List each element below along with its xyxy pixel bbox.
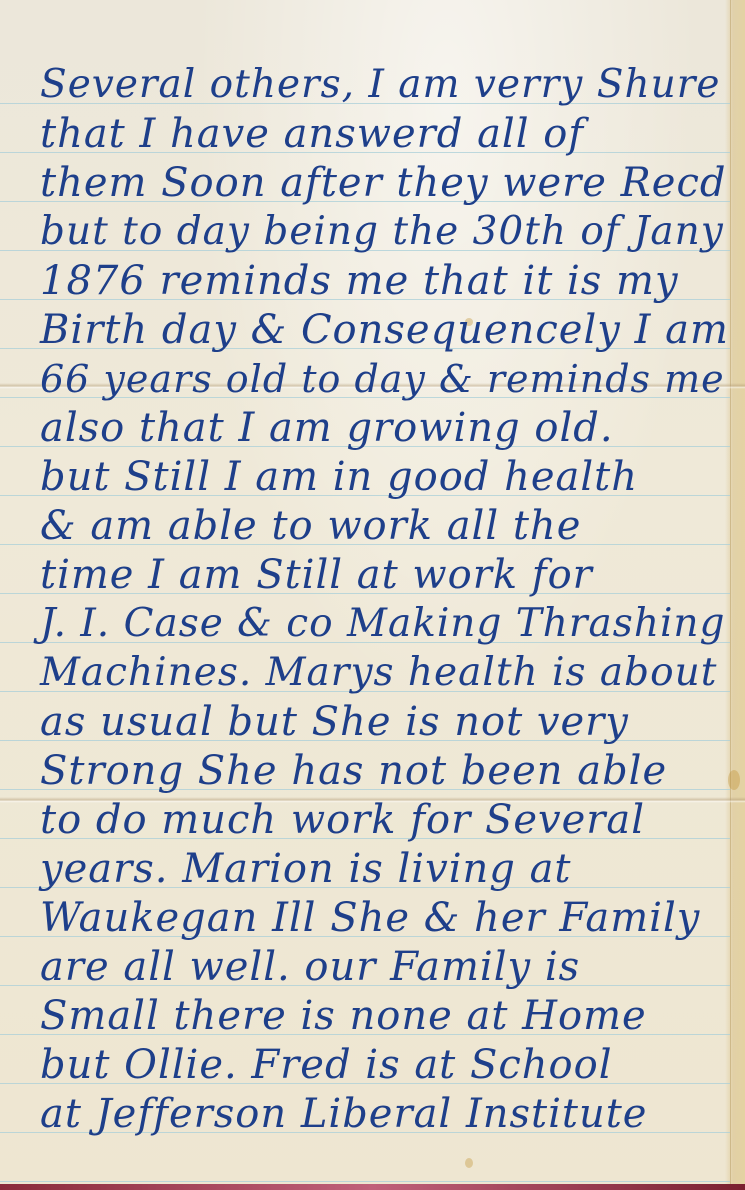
letter-line: but Ollie. Fred is at School: [40, 1042, 730, 1088]
letter-page: Several others, I am verry Shure that I …: [0, 0, 745, 1190]
letter-line: them Soon after they were Recd: [40, 160, 730, 206]
background-strip: [0, 1184, 745, 1190]
letter-line: Strong She has not been able: [40, 748, 730, 794]
letter-line: but to day being the 30th of Jany: [40, 209, 730, 255]
paper-edge-line: [730, 0, 731, 1190]
letter-line: are all well. our Family is: [40, 944, 730, 990]
letter-line: Small there is none at Home: [40, 993, 730, 1039]
letter-line: years. Marion is living at: [40, 846, 730, 892]
letter-line: Several others, I am verry Shure: [40, 62, 730, 108]
letter-line: 1876 reminds me that it is my: [40, 258, 730, 304]
letter-line: but Still I am in good health: [40, 454, 730, 500]
letter-line: at Jefferson Liberal Institute: [40, 1091, 730, 1137]
letter-line: Birth day & Consequencely I am: [40, 307, 730, 353]
letter-line: 66 years old to day & reminds me: [40, 356, 730, 402]
letter-line: Machines. Marys health is about: [40, 650, 730, 696]
letter-line: to do much work for Several: [40, 797, 730, 843]
letter-line: J. I. Case & co Making Thrashing: [40, 601, 730, 647]
letter-line: & am able to work all the: [40, 503, 730, 549]
letter-line: Waukegan Ill She & her Family: [40, 895, 730, 941]
letter-line: time I am Still at work for: [40, 552, 730, 598]
letter-line: that I have answerd all of: [40, 111, 730, 157]
letter-line: as usual but She is not very: [40, 699, 730, 745]
ink-stain: [465, 1158, 473, 1168]
ruled-line: [0, 1181, 730, 1182]
letter-line: also that I am growing old.: [40, 405, 730, 451]
